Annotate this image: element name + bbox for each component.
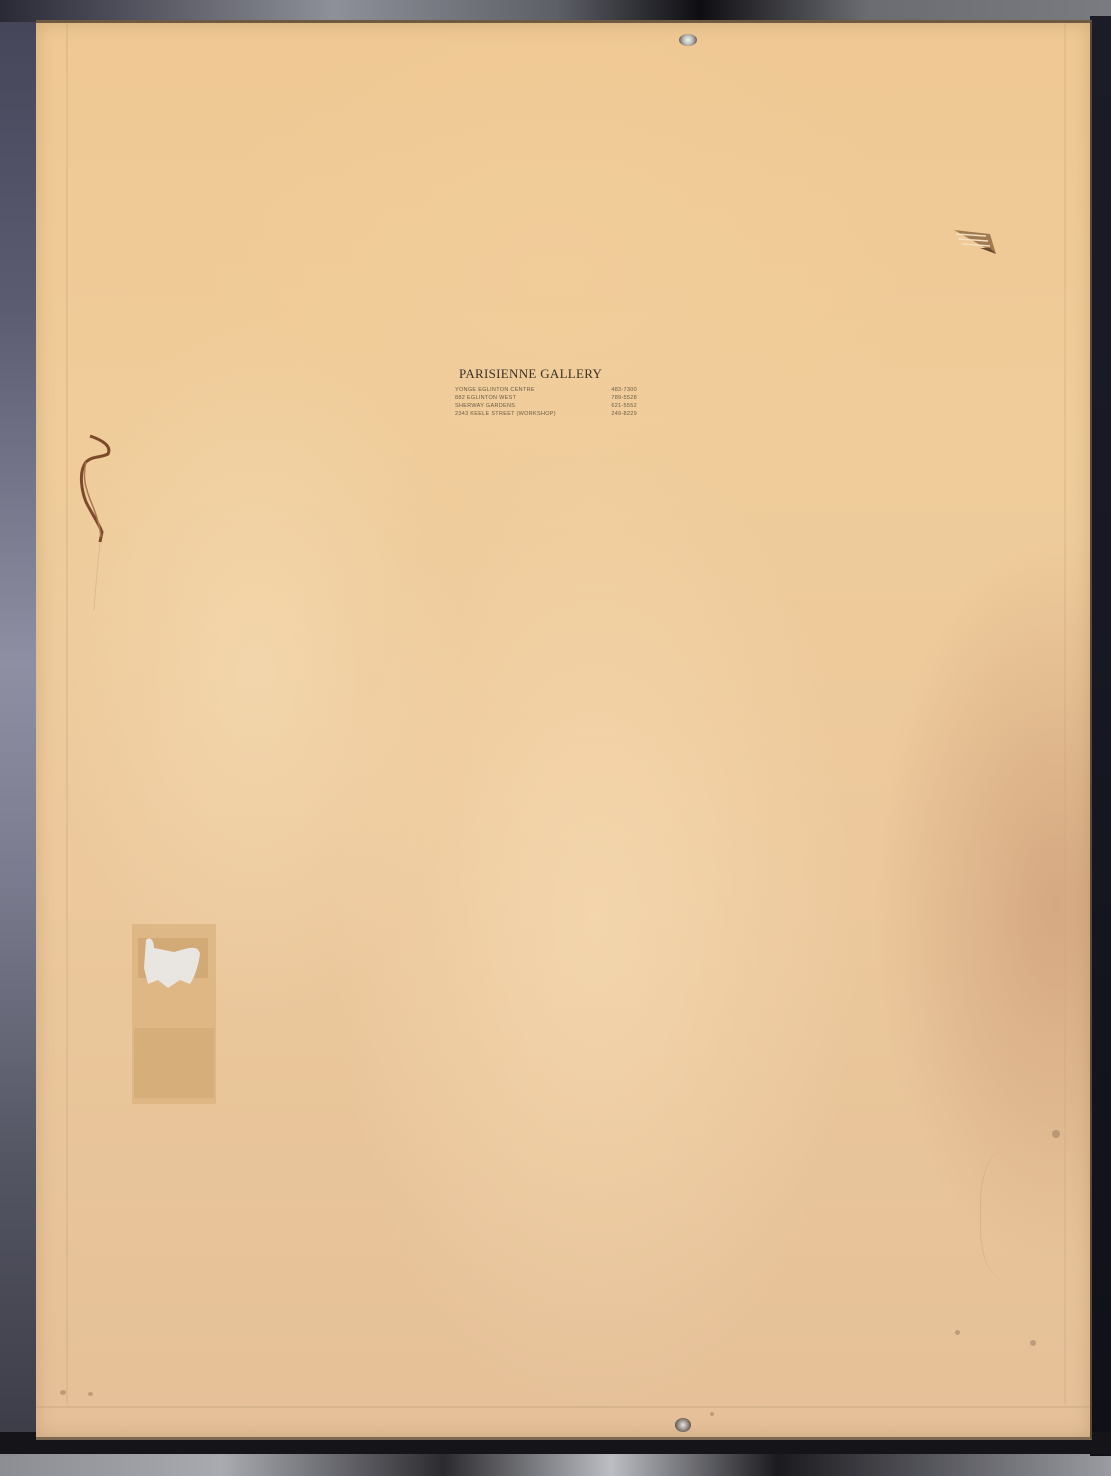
peeling-paper <box>980 1150 1041 1280</box>
location-row: SHERWAY GARDENS 621-5552 <box>455 402 645 410</box>
frame-right-edge <box>1090 16 1111 1456</box>
slit-icon <box>950 224 1000 264</box>
foxing-spot <box>60 1390 66 1395</box>
location-name: YONGE EGLINTON CENTRE <box>455 386 535 394</box>
hook-icon <box>675 1418 691 1432</box>
gallery-name: PARISIENNE GALLERY <box>459 366 645 382</box>
gallery-stamp: PARISIENNE GALLERY YONGE EGLINTON CENTRE… <box>455 366 645 418</box>
paper-fold-line-left <box>66 24 68 1404</box>
paper-fold-line-bottom <box>36 1406 1090 1408</box>
foxing-spot <box>88 1392 93 1396</box>
location-phone: 789-5528 <box>611 394 637 402</box>
hook-icon <box>679 34 697 46</box>
location-name: SHERWAY GARDENS <box>455 402 515 410</box>
tear-icon <box>72 432 112 612</box>
foxing-spot <box>1052 1130 1060 1138</box>
frame-left-edge <box>0 22 36 1450</box>
location-phone: 483-7300 <box>611 386 637 394</box>
foxing-spot <box>710 1412 714 1416</box>
location-name: 2343 KEELE STREET (Workshop) <box>455 410 556 418</box>
paper-fold-line-right <box>1064 24 1066 1404</box>
foxing-spot <box>955 1330 960 1335</box>
kraft-paper-backing <box>36 20 1092 1440</box>
location-phone: 249-8229 <box>611 410 637 418</box>
foxing-spot <box>1030 1340 1036 1346</box>
location-phone: 621-5552 <box>611 402 637 410</box>
tape-residue-icon <box>128 918 220 1110</box>
location-row: YONGE EGLINTON CENTRE 483-7300 <box>455 386 645 394</box>
location-row: 882 EGLINTON WEST 789-5528 <box>455 394 645 402</box>
location-name: 882 EGLINTON WEST <box>455 394 516 402</box>
background-surface-top <box>0 0 1111 22</box>
location-row: 2343 KEELE STREET (Workshop) 249-8229 <box>455 410 645 418</box>
